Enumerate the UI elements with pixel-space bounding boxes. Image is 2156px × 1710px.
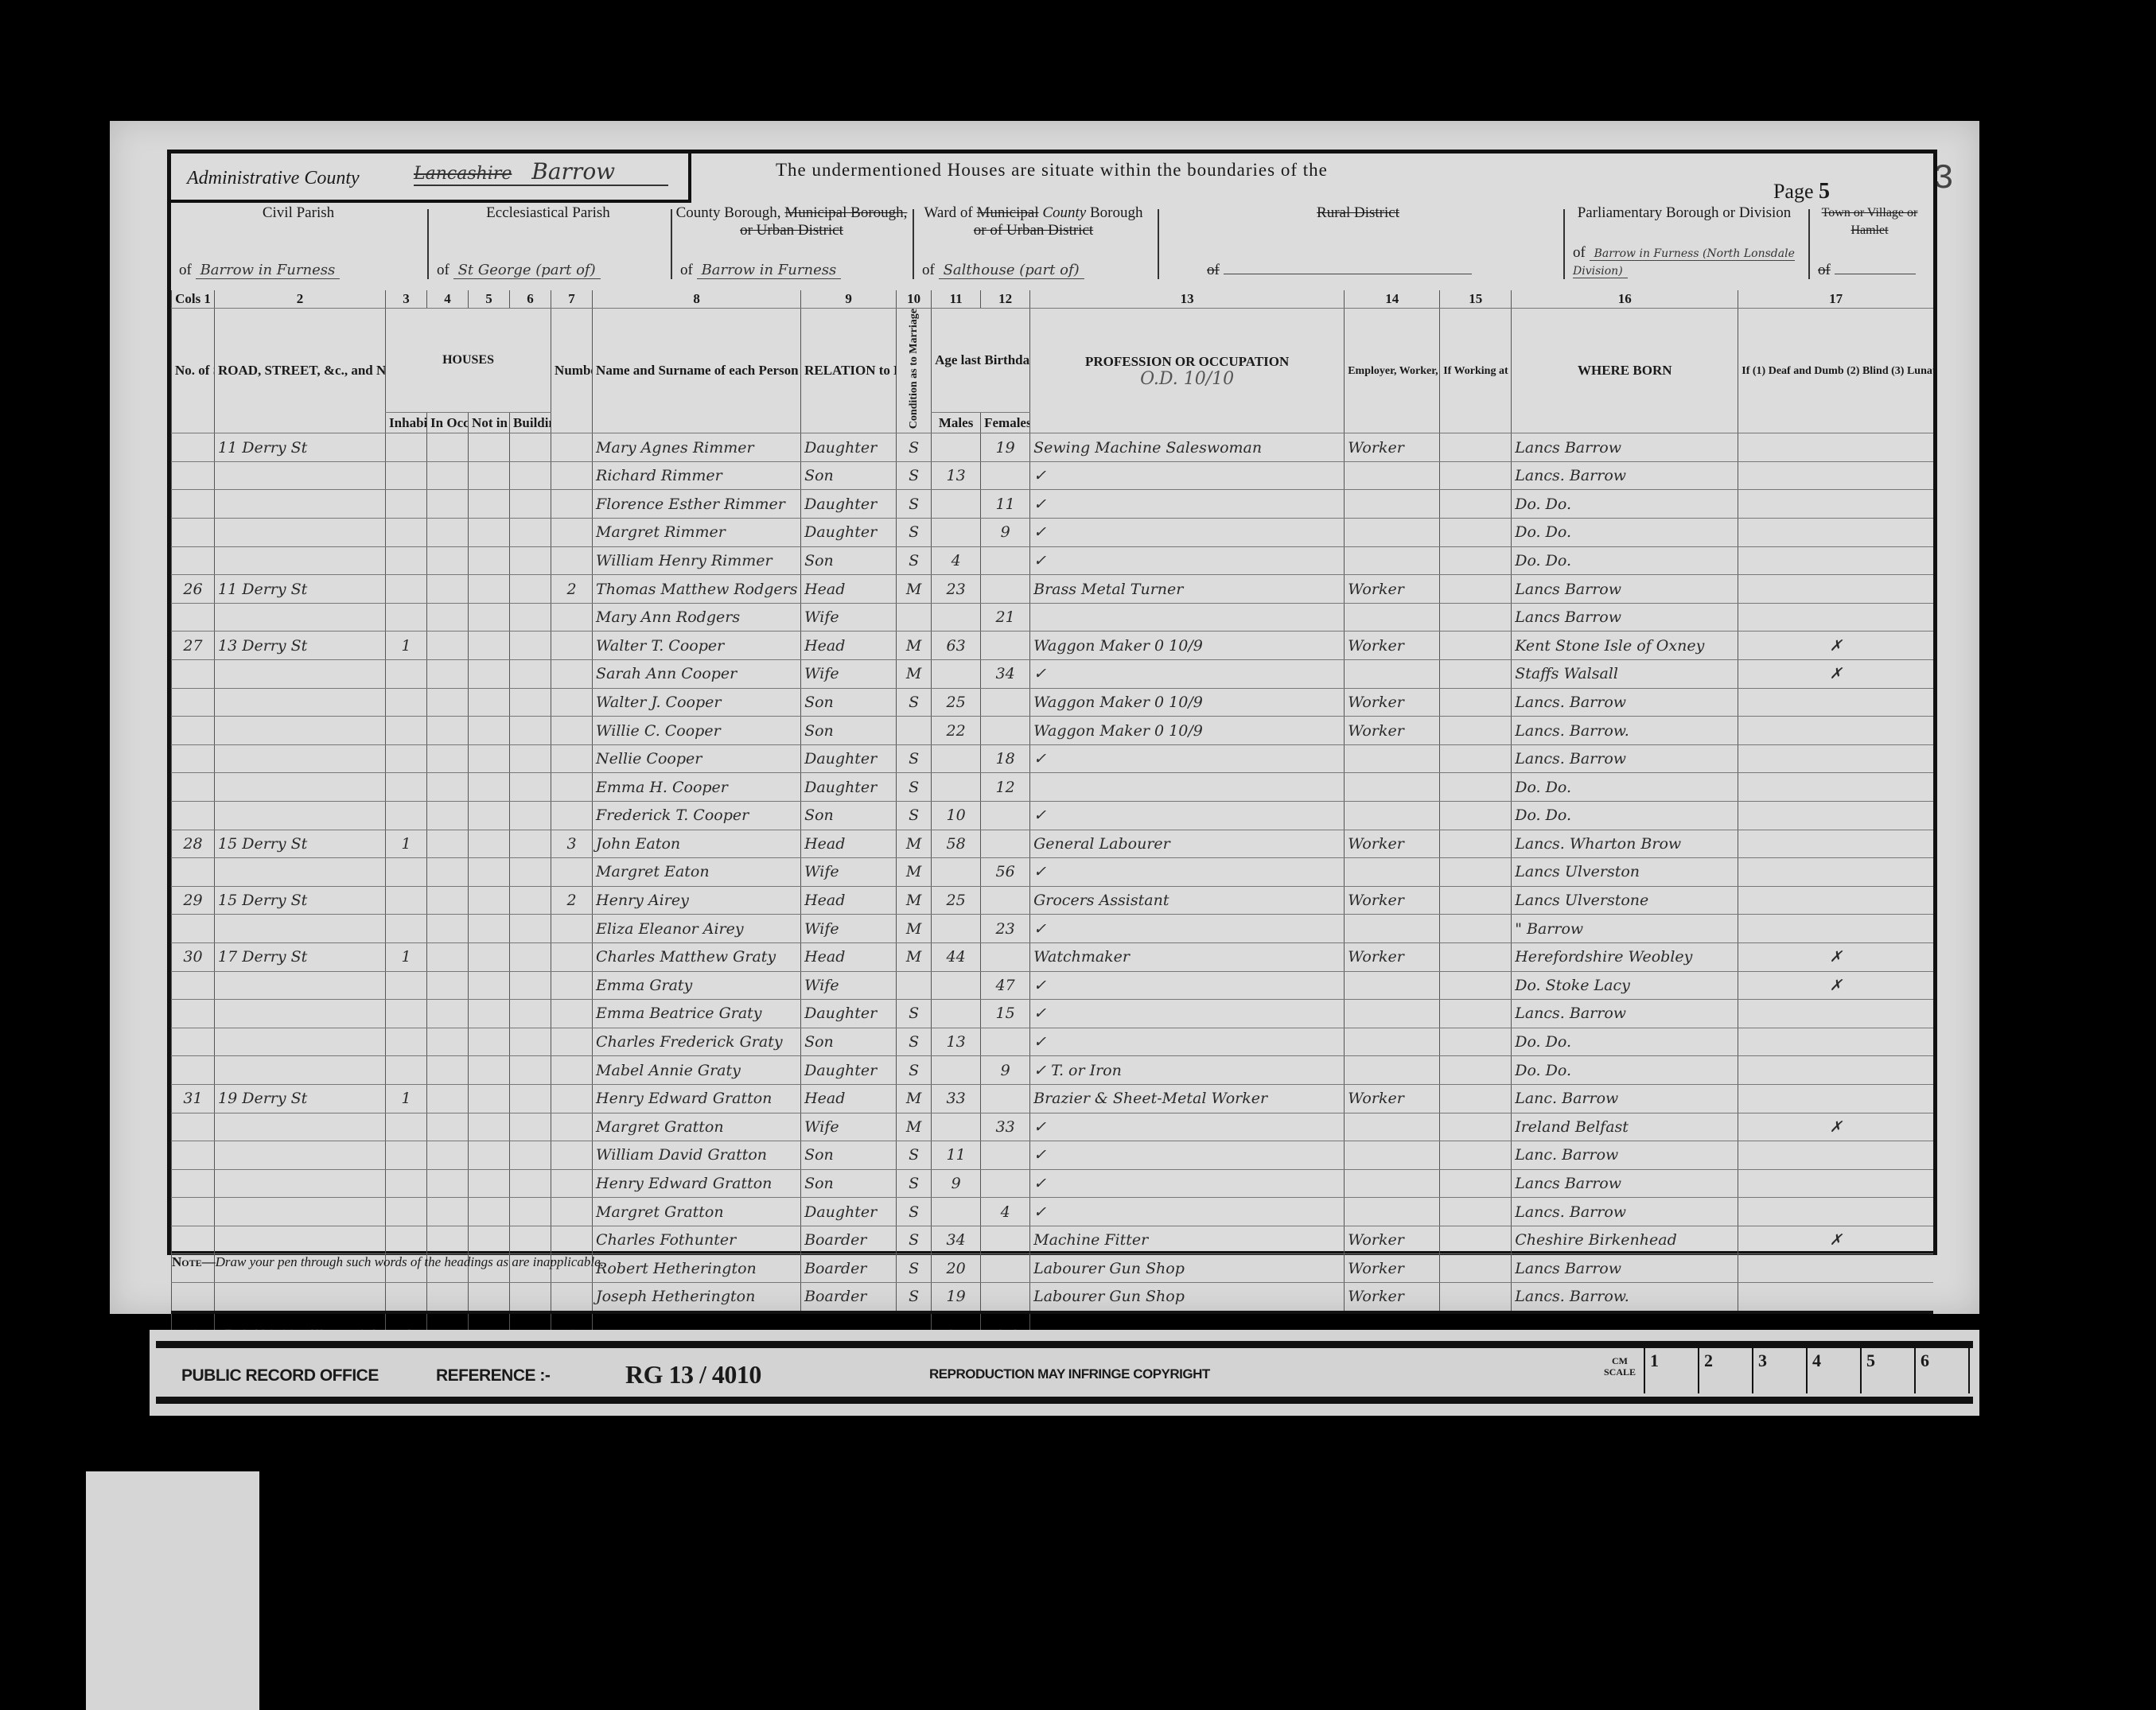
rooms: [551, 773, 593, 802]
header-rooms: Number of Rooms occupied if less than fi…: [551, 309, 593, 433]
female-age: 21: [981, 603, 1030, 632]
birthplace: Ireland Belfast: [1512, 1113, 1738, 1141]
schedule-number: 30: [172, 942, 215, 971]
occupation: ✓: [1030, 915, 1345, 943]
table-row: Nellie CooperDaughterS18✓Lancs. Barrow: [172, 744, 1934, 773]
column-number: 17: [1738, 290, 1933, 309]
header-infirmity: If (1) Deaf and Dumb (2) Blind (3) Lunat…: [1738, 309, 1933, 433]
column-number: Cols 1: [172, 290, 215, 309]
header-where-born: WHERE BORN: [1512, 309, 1738, 433]
birthplace: Lancs. Barrow: [1512, 1000, 1738, 1028]
relation: Daughter: [801, 519, 897, 547]
schedule-number: [172, 688, 215, 717]
birthplace: Herefordshire Weobley: [1512, 942, 1738, 971]
birthplace: Lancs Barrow: [1512, 603, 1738, 632]
infirmity-mark: [1738, 433, 1933, 462]
occupation-annotation: O.D. 10/10: [1140, 369, 1234, 389]
occupation: ✓: [1030, 1169, 1345, 1198]
infirmity-mark: [1738, 1283, 1933, 1312]
schedule-number: [172, 433, 215, 462]
birthplace: Lanc. Barrow: [1512, 1084, 1738, 1113]
marital-condition: S: [897, 1254, 932, 1283]
address: [215, 660, 386, 689]
occupation: ✓: [1030, 1113, 1345, 1141]
relation: Son: [801, 546, 897, 575]
infirmity-mark: [1738, 1169, 1933, 1198]
infirmity-mark: [1738, 490, 1933, 519]
birthplace: Lancs Barrow: [1512, 433, 1738, 462]
birthplace: Lancs Barrow: [1512, 1169, 1738, 1198]
table-row: Margret EatonWifeM56✓Lancs Ulverston: [172, 858, 1934, 887]
relation: Son: [801, 1169, 897, 1198]
male-age: [932, 858, 981, 887]
address: [215, 461, 386, 490]
schedule-number: 28: [172, 830, 215, 858]
address: [215, 1000, 386, 1028]
header-males: Males: [932, 413, 981, 433]
reference-number: RG 13 / 4010: [625, 1360, 761, 1389]
female-age: 34: [981, 660, 1030, 689]
marital-condition: S: [897, 1283, 932, 1312]
address: [215, 858, 386, 887]
table-row: 2815 Derry St13John EatonHeadM58General …: [172, 830, 1934, 858]
schedule-number: [172, 1000, 215, 1028]
inhabited: [386, 1141, 427, 1170]
rooms: [551, 942, 593, 971]
female-age: [981, 1254, 1030, 1283]
female-age: [981, 1084, 1030, 1113]
column-number: 3: [386, 290, 427, 309]
table-row: Walter J. CooperSonS25Waggon Maker 0 10/…: [172, 688, 1934, 717]
birthplace: Do. Do.: [1512, 773, 1738, 802]
occupation: ✓: [1030, 971, 1345, 1000]
column-number: 8: [593, 290, 801, 309]
schedule-number: [172, 1226, 215, 1254]
female-age: 47: [981, 971, 1030, 1000]
occupation: Grocers Assistant: [1030, 886, 1345, 915]
relation: Head: [801, 942, 897, 971]
occupation: ✓: [1030, 801, 1345, 830]
male-age: 10: [932, 801, 981, 830]
occupation: Waggon Maker 0 10/9: [1030, 717, 1345, 745]
person-name: Margret Gratton: [593, 1113, 801, 1141]
marital-condition: M: [897, 830, 932, 858]
table-row: Richard RimmerSonS13✓Lancs. Barrow: [172, 461, 1934, 490]
infirmity-mark: [1738, 717, 1933, 745]
infirmity-mark: [1738, 1000, 1933, 1028]
infirmity-mark: [1738, 519, 1933, 547]
header-in-occupation: In Occupation: [427, 413, 469, 433]
rooms: [551, 801, 593, 830]
column-number: 6: [510, 290, 551, 309]
table-row: 3119 Derry St1Henry Edward GrattonHeadM3…: [172, 1084, 1934, 1113]
occupation: Watchmaker: [1030, 942, 1345, 971]
female-age: 33: [981, 1113, 1030, 1141]
female-age: [981, 1226, 1030, 1254]
address: 11 Derry St: [215, 575, 386, 604]
marital-condition: S: [897, 546, 932, 575]
female-age: [981, 1028, 1030, 1056]
marital-condition: S: [897, 461, 932, 490]
inhabited: [386, 575, 427, 604]
marital-condition: M: [897, 1084, 932, 1113]
address: 15 Derry St: [215, 886, 386, 915]
relation: Son: [801, 717, 897, 745]
male-age: 25: [932, 688, 981, 717]
table-row: Charles FothunterBoarderS34Machine Fitte…: [172, 1226, 1934, 1254]
infirmity-mark: [1738, 688, 1933, 717]
table-row: 11 Derry StMary Agnes RimmerDaughterS19S…: [172, 433, 1934, 462]
schedule-number: [172, 717, 215, 745]
person-name: Florence Esther Rimmer: [593, 490, 801, 519]
address: [215, 773, 386, 802]
infirmity-mark: [1738, 773, 1933, 802]
address: 15 Derry St: [215, 830, 386, 858]
rooms: [551, 1056, 593, 1085]
male-age: [932, 744, 981, 773]
employment-status: Worker: [1345, 1254, 1440, 1283]
employment-status: Worker: [1345, 688, 1440, 717]
inhabited: [386, 433, 427, 462]
inhabited: [386, 1226, 427, 1254]
column-number: 16: [1512, 290, 1738, 309]
female-age: 9: [981, 519, 1030, 547]
relation: Son: [801, 461, 897, 490]
relation: Daughter: [801, 744, 897, 773]
relation: Daughter: [801, 1198, 897, 1226]
reference-label: REFERENCE :-: [436, 1366, 550, 1385]
rooms: [551, 971, 593, 1000]
male-age: [932, 1056, 981, 1085]
employment-status: [1345, 1141, 1440, 1170]
marital-condition: S: [897, 801, 932, 830]
infirmity-mark: [1738, 1141, 1933, 1170]
male-age: [932, 1113, 981, 1141]
address: [215, 603, 386, 632]
female-age: 12: [981, 773, 1030, 802]
relation: Wife: [801, 858, 897, 887]
male-age: 11: [932, 1141, 981, 1170]
person-name: Frederick T. Cooper: [593, 801, 801, 830]
table-row: Emma GratyWife47✓Do. Stoke Lacy✗: [172, 971, 1934, 1000]
inhabited: [386, 490, 427, 519]
employment-status: [1345, 1028, 1440, 1056]
person-name: Walter T. Cooper: [593, 632, 801, 660]
schedule-number: 29: [172, 886, 215, 915]
occupation: ✓ T. or Iron: [1030, 1056, 1345, 1085]
female-age: 15: [981, 1000, 1030, 1028]
cm-scale: CM SCALE 123456: [1596, 1347, 2075, 1393]
birthplace: Lancs. Barrow: [1512, 1198, 1738, 1226]
inhabited: [386, 546, 427, 575]
occupation: ✓: [1030, 1198, 1345, 1226]
rooms: [551, 490, 593, 519]
intro-text: The undermentioned Houses are situate wi…: [776, 160, 1328, 181]
marital-condition: [897, 603, 932, 632]
infirmity-mark: [1738, 1028, 1933, 1056]
occupation: ✓: [1030, 490, 1345, 519]
person-name: Henry Airey: [593, 886, 801, 915]
address: [215, 1028, 386, 1056]
person-name: Joseph Hetherington: [593, 1283, 801, 1312]
rooms: [551, 744, 593, 773]
inhabited: [386, 461, 427, 490]
infirmity-mark: [1738, 1198, 1933, 1226]
marital-condition: S: [897, 773, 932, 802]
female-age: [981, 461, 1030, 490]
person-name: Mary Ann Rodgers: [593, 603, 801, 632]
marital-condition: M: [897, 858, 932, 887]
address: 17 Derry St: [215, 942, 386, 971]
female-age: [981, 1283, 1030, 1312]
person-name: Charles Matthew Graty: [593, 942, 801, 971]
column-number: 11: [932, 290, 981, 309]
header-houses: HOUSES: [386, 309, 551, 413]
column-number: 12: [981, 290, 1030, 309]
header-employment: Employer, Worker, or Own account: [1345, 309, 1440, 433]
relation: Boarder: [801, 1283, 897, 1312]
birthplace: Staffs Walsall: [1512, 660, 1738, 689]
occupation: [1030, 603, 1345, 632]
female-age: [981, 942, 1030, 971]
relation: Daughter: [801, 1056, 897, 1085]
parliamentary-borough: Parliamentary Borough or Division of Bar…: [1565, 204, 1804, 284]
infirmity-mark: [1738, 1084, 1933, 1113]
infirmity-mark: ✗: [1738, 660, 1933, 689]
female-age: [981, 688, 1030, 717]
scale-mark: 5: [1860, 1347, 1914, 1393]
schedule-number: [172, 971, 215, 1000]
rooms: [551, 1169, 593, 1198]
header-name: Name and Surname of each Person: [593, 309, 801, 433]
address: [215, 971, 386, 1000]
rooms: [551, 546, 593, 575]
marital-condition: S: [897, 1226, 932, 1254]
female-age: 4: [981, 1198, 1030, 1226]
scale-mark: 1: [1644, 1347, 1698, 1393]
inhabited: [386, 717, 427, 745]
rooms: [551, 461, 593, 490]
header-building: Building: [510, 413, 551, 433]
schedule-number: [172, 1283, 215, 1312]
person-name: Henry Edward Gratton: [593, 1169, 801, 1198]
relation: Daughter: [801, 433, 897, 462]
schedule-number: [172, 603, 215, 632]
employment-status: [1345, 1056, 1440, 1085]
female-age: [981, 546, 1030, 575]
schedule-number: [172, 660, 215, 689]
occupation: ✓: [1030, 1141, 1345, 1170]
schedule-number: [172, 1169, 215, 1198]
person-name: Mabel Annie Graty: [593, 1056, 801, 1085]
schedule-number: [172, 915, 215, 943]
rooms: 2: [551, 886, 593, 915]
person-name: Charles Fothunter: [593, 1226, 801, 1254]
person-name: Charles Frederick Graty: [593, 1028, 801, 1056]
infirmity-mark: ✗: [1738, 1226, 1933, 1254]
marital-condition: S: [897, 688, 932, 717]
male-age: 23: [932, 575, 981, 604]
employment-status: [1345, 1169, 1440, 1198]
male-age: 34: [932, 1226, 981, 1254]
marital-condition: M: [897, 575, 932, 604]
occupation: ✓: [1030, 660, 1345, 689]
birthplace: Do. Do.: [1512, 1056, 1738, 1085]
address: [215, 801, 386, 830]
male-age: [932, 915, 981, 943]
rooms: [551, 915, 593, 943]
rooms: [551, 1028, 593, 1056]
infirmity-mark: [1738, 858, 1933, 887]
female-age: [981, 575, 1030, 604]
birthplace: Do. Do.: [1512, 1028, 1738, 1056]
birthplace: Lancs. Barrow: [1512, 461, 1738, 490]
marital-condition: S: [897, 1169, 932, 1198]
schedule-number: [172, 773, 215, 802]
column-numbers: Cols 1234567891011121314151617: [172, 290, 1934, 309]
schedule-number: [172, 744, 215, 773]
marital-condition: S: [897, 1000, 932, 1028]
employment-status: [1345, 915, 1440, 943]
rooms: [551, 433, 593, 462]
female-age: [981, 830, 1030, 858]
table-row: Margret GrattonWifeM33✓Ireland Belfast✗: [172, 1113, 1934, 1141]
grey-card: [86, 1471, 259, 1710]
marital-condition: [897, 717, 932, 745]
table-row: Charles Frederick GratySonS13✓Do. Do.: [172, 1028, 1934, 1056]
marital-condition: S: [897, 1056, 932, 1085]
person-name: Margret Gratton: [593, 1198, 801, 1226]
marital-condition: M: [897, 1113, 932, 1141]
birthplace: " Barrow: [1512, 915, 1738, 943]
marital-condition: S: [897, 433, 932, 462]
female-age: 9: [981, 1056, 1030, 1085]
birthplace: Lancs Barrow: [1512, 575, 1738, 604]
occupation: ✓: [1030, 1000, 1345, 1028]
marital-condition: M: [897, 915, 932, 943]
scale-mark: 4: [1806, 1347, 1860, 1393]
town-village-hamlet: Town or Village or Hamlet of: [1810, 204, 1929, 284]
inhabited: 1: [386, 632, 427, 660]
address: [215, 1226, 386, 1254]
marital-condition: S: [897, 744, 932, 773]
person-name: John Eaton: [593, 830, 801, 858]
address: 11 Derry St: [215, 433, 386, 462]
person-name: Mary Agnes Rimmer: [593, 433, 801, 462]
female-age: [981, 886, 1030, 915]
header-relation: RELATION to Head of Family: [801, 309, 897, 433]
male-age: [932, 660, 981, 689]
person-name: Emma H. Cooper: [593, 773, 801, 802]
infirmity-mark: ✗: [1738, 632, 1933, 660]
reference-strip: PUBLIC RECORD OFFICE REFERENCE :- RG 13 …: [150, 1330, 1979, 1416]
inhabited: [386, 971, 427, 1000]
employment-status: [1345, 461, 1440, 490]
relation: Head: [801, 886, 897, 915]
relation: Son: [801, 1028, 897, 1056]
address: [215, 1169, 386, 1198]
scale-mark: 6: [1914, 1347, 1968, 1393]
infirmity-mark: [1738, 830, 1933, 858]
inhabited: 1: [386, 830, 427, 858]
person-name: Willie C. Cooper: [593, 717, 801, 745]
inhabited: [386, 688, 427, 717]
birthplace: Lancs Barrow: [1512, 1254, 1738, 1283]
male-age: [932, 603, 981, 632]
birthplace: Cheshire Birkenhead: [1512, 1226, 1738, 1254]
employment-status: [1345, 519, 1440, 547]
male-age: [932, 519, 981, 547]
rooms: [551, 1113, 593, 1141]
marital-condition: M: [897, 660, 932, 689]
infirmity-mark: [1738, 461, 1933, 490]
birthplace: Kent Stone Isle of Oxney: [1512, 632, 1738, 660]
male-age: [932, 433, 981, 462]
infirmity-mark: ✗: [1738, 1113, 1933, 1141]
occupation: ✓: [1030, 744, 1345, 773]
employment-status: [1345, 744, 1440, 773]
schedule-number: [172, 1113, 215, 1141]
inhabited: [386, 1000, 427, 1028]
birthplace: Lancs. Barrow: [1512, 744, 1738, 773]
table-row: Margret GrattonDaughterS4✓Lancs. Barrow: [172, 1198, 1934, 1226]
person-name: Margret Eaton: [593, 858, 801, 887]
table-row: Eliza Eleanor AireyWifeM23✓" Barrow: [172, 915, 1934, 943]
inhabited: 1: [386, 942, 427, 971]
male-age: 13: [932, 1028, 981, 1056]
occupation: Brass Metal Turner: [1030, 575, 1345, 604]
rooms: [551, 1198, 593, 1226]
inhabited: [386, 1169, 427, 1198]
person-name: Thomas Matthew Rodgers: [593, 575, 801, 604]
schedule-number: 27: [172, 632, 215, 660]
occupation: ✓: [1030, 546, 1345, 575]
address: [215, 1113, 386, 1141]
address: [215, 717, 386, 745]
table-row: Henry Edward GrattonSonS9✓Lancs Barrow: [172, 1169, 1934, 1198]
rooms: [551, 717, 593, 745]
person-name: Emma Graty: [593, 971, 801, 1000]
schedule-number: 26: [172, 575, 215, 604]
schedule-number: 31: [172, 1084, 215, 1113]
employment-status: [1345, 971, 1440, 1000]
rooms: [551, 603, 593, 632]
ecclesiastical-parish: Ecclesiastical Parish of St George (part…: [429, 204, 667, 284]
marital-condition: S: [897, 1141, 932, 1170]
person-name: Walter J. Cooper: [593, 688, 801, 717]
schedule-number: [172, 461, 215, 490]
infirmity-mark: [1738, 546, 1933, 575]
table-row: William Henry RimmerSonS4✓Do. Do.: [172, 546, 1934, 575]
inhabited: [386, 603, 427, 632]
relation: Head: [801, 1084, 897, 1113]
header-females: Females: [981, 413, 1030, 433]
rooms: [551, 1226, 593, 1254]
marital-condition: S: [897, 519, 932, 547]
male-age: 9: [932, 1169, 981, 1198]
relation: Daughter: [801, 1000, 897, 1028]
employment-status: [1345, 1198, 1440, 1226]
address: [215, 1198, 386, 1226]
person-name: Nellie Cooper: [593, 744, 801, 773]
table-row: Willie C. CooperSon22Waggon Maker 0 10/9…: [172, 717, 1934, 745]
inhabited: [386, 773, 427, 802]
occupation: Brazier & Sheet-Metal Worker: [1030, 1084, 1345, 1113]
header-occupation: PROFESSION OR OCCUPATION O.D. 10/10: [1030, 309, 1345, 433]
census-form: Page 5 Administrative County Lancashire …: [167, 150, 1937, 1255]
address: [215, 744, 386, 773]
table-row: 2915 Derry St2Henry AireyHeadM25Grocers …: [172, 886, 1934, 915]
